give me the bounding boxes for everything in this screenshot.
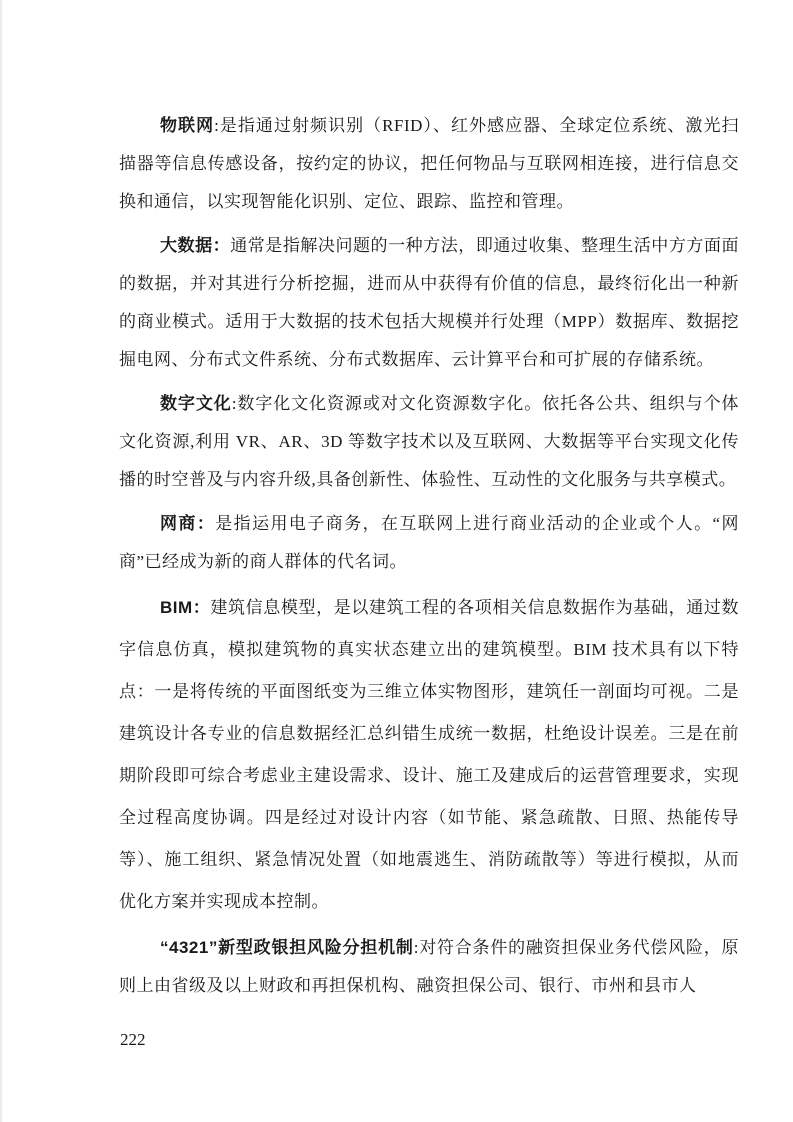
- term-4321-mechanism: “4321”新型政银担风险分担机制: [160, 938, 414, 957]
- definition-paragraph-online-merchant: 网商：是指运用电子商务，在互联网上进行商业活动的企业或个人。“网商”已经成为新的…: [119, 505, 739, 581]
- term-online-merchant: 网商：: [160, 514, 215, 533]
- term-bim: BIM：: [160, 598, 210, 617]
- definition-text-bim: 建筑信息模型，是以建筑工程的各项相关信息数据作为基础，通过数字信息仿真，模拟建筑…: [119, 598, 739, 911]
- term-digital-culture: 数字文化: [160, 394, 232, 413]
- page-number: 222: [120, 1030, 146, 1050]
- definition-paragraph-digital-culture: 数字文化:数字化文化资源或对文化资源数字化。依托各公共、组织与个体文化资源,利用…: [119, 385, 739, 499]
- document-body: 物联网:是指通过射频识别（RFID）、红外感应器、全球定位系统、激光扫描器等信息…: [119, 107, 739, 1011]
- document-page: 物联网:是指通过射频识别（RFID）、红外感应器、全球定位系统、激光扫描器等信息…: [0, 0, 793, 1122]
- term-iot: 物联网: [160, 116, 214, 135]
- term-big-data: 大数据：: [160, 236, 230, 255]
- definition-paragraph-bim: BIM：建筑信息模型，是以建筑工程的各项相关信息数据作为基础，通过数字信息仿真，…: [119, 587, 739, 923]
- definition-paragraph-4321-mechanism: “4321”新型政银担风险分担机制:对符合条件的融资担保业务代偿风险，原则上由省…: [119, 929, 739, 1005]
- definition-paragraph-iot: 物联网:是指通过射频识别（RFID）、红外感应器、全球定位系统、激光扫描器等信息…: [119, 107, 739, 221]
- definition-text-big-data: 通常是指解决问题的一种方法，即通过收集、整理生活中方方面面的数据，并对其进行分析…: [119, 236, 739, 369]
- definition-paragraph-big-data: 大数据：通常是指解决问题的一种方法，即通过收集、整理生活中方方面面的数据，并对其…: [119, 227, 739, 379]
